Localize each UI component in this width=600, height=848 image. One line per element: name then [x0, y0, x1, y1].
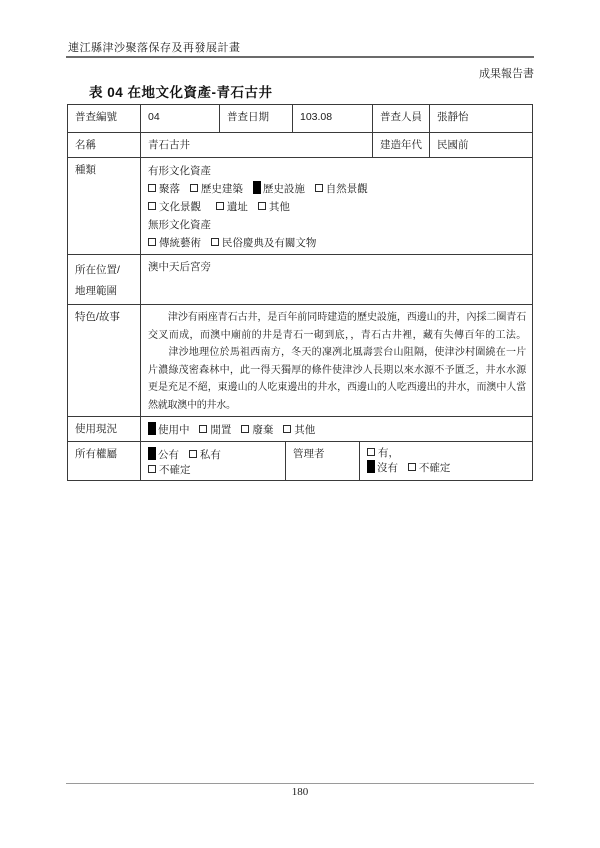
option-folk-ceremony: 民俗慶典及有關文物: [211, 237, 317, 249]
surveyor-label: 普查人員: [373, 105, 430, 133]
option-abandoned: 廢棄: [241, 424, 273, 436]
option-historic-building: 歷史建築: [190, 183, 243, 195]
manager-label: 管理者: [286, 442, 360, 481]
checkbox-unchecked-icon: [148, 238, 156, 246]
name-label: 名稱: [68, 133, 141, 158]
option-ruins: 遺址: [216, 201, 248, 213]
story-line: 片濃綠茂密森林中，此一得天獨厚的條件使津沙人長期以來水源不予匱乏，井水水源: [148, 362, 526, 380]
option-label: 有，: [378, 447, 399, 459]
checkbox-unchecked-icon: [199, 425, 207, 433]
option-label: 沒有: [377, 462, 398, 474]
checkbox-unchecked-icon: [315, 184, 323, 192]
story-line: 津沙有兩座青石古井，是百年前同時建造的歷史設施，西邊山的井，內採二圈青石: [148, 309, 526, 327]
option-traditional-art: 傳統藝術: [148, 237, 201, 249]
checkbox-unchecked-icon: [148, 202, 156, 210]
ownership-options-cell: 公有 私有 不確定: [141, 442, 286, 481]
ownership-label: 所有權屬: [68, 442, 141, 481]
tangible-header: 有形文化資產: [148, 162, 526, 180]
era-value: 民國前: [430, 133, 533, 158]
category-label: 種類: [68, 158, 141, 255]
option-in-use: 使用中: [148, 424, 190, 436]
option-private: 私有: [189, 449, 221, 461]
checkbox-unchecked-icon: [408, 463, 416, 471]
checkbox-unchecked-icon: [241, 425, 249, 433]
header-rule: [66, 56, 534, 58]
checkbox-checked-icon: [148, 422, 156, 435]
option-uncertain-manager: 不確定: [408, 462, 451, 474]
checkbox-unchecked-icon: [283, 425, 291, 433]
option-label: 文化景觀: [159, 201, 201, 213]
option-label: 聚落: [159, 183, 180, 195]
manager-option-line2: 沒有 不確定: [367, 460, 526, 475]
option-label: 閒置: [210, 424, 231, 436]
table-row-ownership: 所有權屬 公有 私有 不確定 管理者 有， 沒有 不確定: [68, 442, 533, 481]
story-line: 津沙地理位於馬祖西南方，冬天的凜冽北風壽雲台山阻隔，使津沙村圍繞在一片: [148, 344, 526, 362]
checkbox-checked-icon: [148, 447, 156, 460]
option-label: 不確定: [159, 464, 191, 476]
option-other-tangible: 其他: [258, 201, 290, 213]
option-label: 傳統藝術: [159, 237, 201, 249]
option-label: 自然景觀: [326, 183, 368, 195]
checkbox-unchecked-icon: [216, 202, 224, 210]
story-label: 特色/故事: [68, 305, 141, 417]
option-cultural-landscape: 文化景觀: [148, 201, 201, 213]
option-no-manager: 沒有: [367, 462, 398, 474]
page-number: 180: [0, 786, 600, 798]
location-value: 澳中天后宮旁: [141, 255, 533, 305]
table-row-name: 名稱 青石古井 建造年代 民國前: [68, 133, 533, 158]
table-row-category: 種類 有形文化資產 聚落 歷史建築 歷史設施 自然景觀 文化景觀 遺址 其他 無…: [68, 158, 533, 255]
table-title: 表 04 在地文化資產-青石古井: [89, 81, 273, 101]
location-label-line2: 地理範圍: [75, 281, 134, 302]
story-line: 更是充足不絕，東邊山的人吃東邊出的井水，西邊山的人吃西邊出的井水，而澳中人當: [148, 379, 526, 397]
name-value: 青石古井: [141, 133, 373, 158]
intangible-options-line: 傳統藝術 民俗慶典及有關文物: [148, 234, 526, 252]
survey-id-value: 04: [141, 105, 220, 133]
option-label: 私有: [200, 449, 221, 461]
survey-date-label: 普查日期: [220, 105, 293, 133]
table-row-story: 特色/故事 津沙有兩座青石古井，是百年前同時建造的歷史設施，西邊山的井，內採二圈…: [68, 305, 533, 417]
checkbox-unchecked-icon: [189, 450, 197, 458]
option-label: 民俗慶典及有關文物: [222, 237, 317, 249]
header-report-label: 成果報告書: [66, 65, 534, 81]
usage-label: 使用現況: [68, 417, 141, 442]
option-label: 公有: [158, 449, 179, 461]
usage-cell: 使用中 閒置 廢棄 其他: [141, 417, 533, 442]
option-label: 其他: [294, 424, 315, 436]
header-project-title: 連江縣津沙聚落保存及再發展計畫: [68, 39, 241, 55]
category-cell: 有形文化資產 聚落 歷史建築 歷史設施 自然景觀 文化景觀 遺址 其他 無形文化…: [141, 158, 533, 255]
option-label: 使用中: [158, 424, 190, 436]
survey-id-label: 普查編號: [68, 105, 141, 133]
option-settlement: 聚落: [148, 183, 180, 195]
table-row-survey-id: 普查編號 04 普查日期 103.08 普查人員 張靜怡: [68, 105, 533, 133]
option-label: 歷史建築: [201, 183, 243, 195]
checkbox-unchecked-icon: [367, 448, 375, 456]
checkbox-unchecked-icon: [190, 184, 198, 192]
manager-cell: 有， 沒有 不確定: [360, 442, 533, 481]
story-line: 然就取澳中的井水。: [148, 397, 526, 415]
story-cell: 津沙有兩座青石古井，是百年前同時建造的歷史設施，西邊山的井，內採二圈青石 交叉而…: [141, 305, 533, 417]
checkbox-unchecked-icon: [211, 238, 219, 246]
story-line: 交叉而成，而澳中廟前的井是青石一砌到底，，青石古井裡，藏有失傳百年的工法。: [148, 327, 526, 345]
survey-table: 普查編號 04 普查日期 103.08 普查人員 張靜怡 名稱 青石古井 建造年…: [67, 104, 533, 481]
option-other-usage: 其他: [283, 424, 315, 436]
intangible-header: 無形文化資產: [148, 216, 526, 234]
document-page: 連江縣津沙聚落保存及再發展計畫 成果報告書 表 04 在地文化資產-青石古井 普…: [0, 0, 600, 848]
checkbox-unchecked-icon: [258, 202, 266, 210]
table-row-usage: 使用現況 使用中 閒置 廢棄 其他: [68, 417, 533, 442]
option-label: 其他: [269, 201, 290, 213]
option-label: 不確定: [419, 462, 451, 474]
tangible-options-line1: 聚落 歷史建築 歷史設施 自然景觀: [148, 180, 526, 198]
option-idle: 閒置: [199, 424, 231, 436]
checkbox-unchecked-icon: [148, 184, 156, 192]
tangible-options-line2: 文化景觀 遺址 其他: [148, 198, 526, 216]
surveyor-value: 張靜怡: [430, 105, 533, 133]
option-uncertain-ownership: 不確定: [148, 464, 191, 476]
location-label: 所在位置/ 地理範圍: [68, 255, 141, 305]
era-label: 建造年代: [373, 133, 430, 158]
option-label: 遺址: [227, 201, 248, 213]
option-has-manager: 有，: [367, 447, 399, 459]
checkbox-checked-icon: [253, 181, 261, 194]
footer-rule: [66, 783, 534, 784]
option-historic-facility: 歷史設施: [253, 183, 305, 195]
table-row-location: 所在位置/ 地理範圍 澳中天后宮旁: [68, 255, 533, 305]
option-label: 歷史設施: [263, 183, 305, 195]
option-label: 廢棄: [252, 424, 273, 436]
survey-date-value: 103.08: [293, 105, 373, 133]
option-public: 公有: [148, 449, 179, 461]
checkbox-checked-icon: [367, 460, 375, 473]
checkbox-unchecked-icon: [148, 465, 156, 473]
manager-option-line1: 有，: [367, 446, 526, 460]
option-natural-landscape: 自然景觀: [315, 183, 368, 195]
location-label-line1: 所在位置/: [75, 260, 134, 281]
